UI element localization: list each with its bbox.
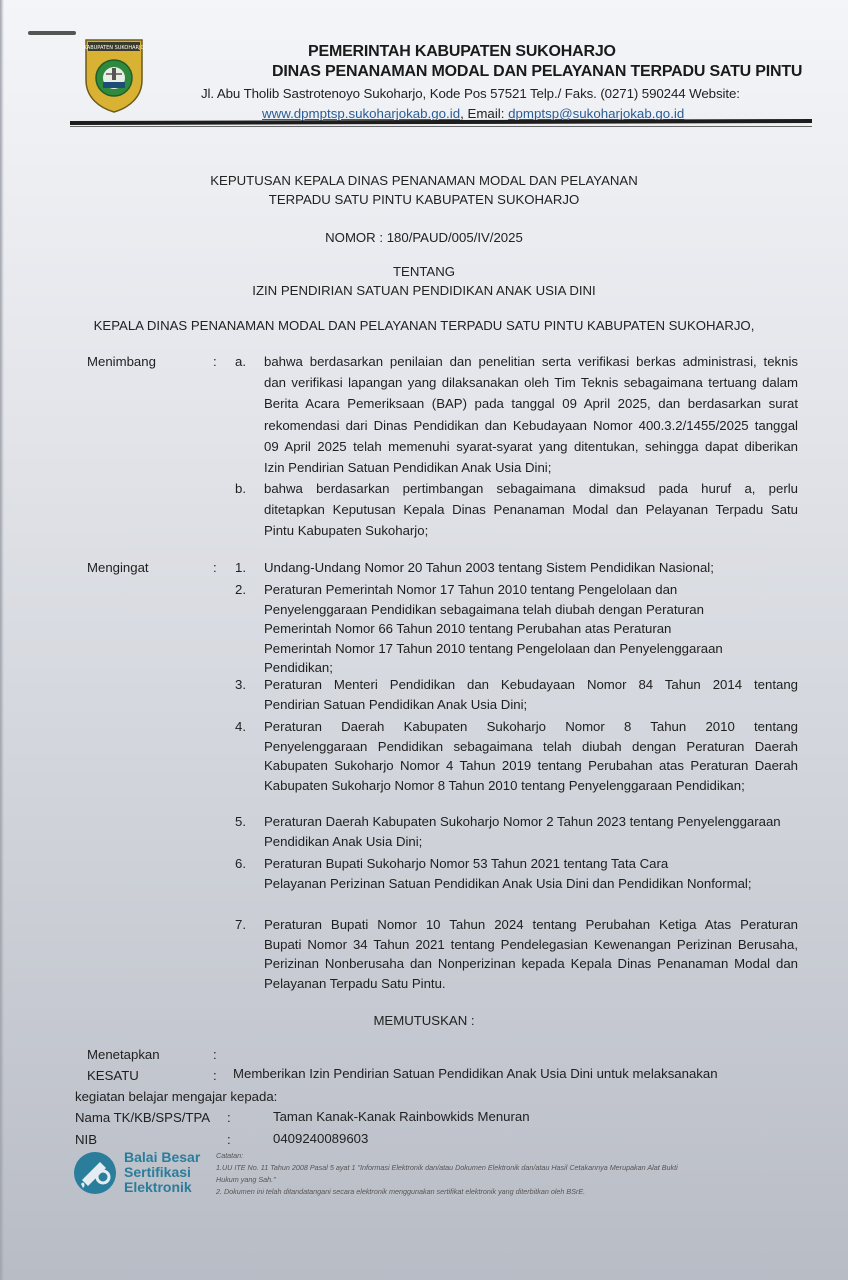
- decree-subject: IZIN PENDIRIAN SATUAN PENDIDIKAN ANAK US…: [0, 283, 848, 298]
- list-item-line: ditetapkan Keputusan Kepala Dinas Penana…: [264, 500, 798, 520]
- svg-text:KABUPATEN SUKOHARJO: KABUPATEN SUKOHARJO: [84, 45, 145, 51]
- menetapkan-colon: :: [213, 1045, 217, 1065]
- list-item-line: Pendirian Satuan Pendidikan Anak Usia Di…: [264, 695, 798, 715]
- list-item-line: 09 April 2025 telah memenuhi syarat-syar…: [264, 437, 798, 457]
- list-item-line: rekomendasi dari Dinas Pendidikan dan Ke…: [264, 416, 798, 436]
- list-item-marker: 3.: [235, 675, 246, 695]
- bsre-line1: Balai Besar: [124, 1150, 200, 1165]
- decree-title-line1: KEPUTUSAN KEPALA DINAS PENANAMAN MODAL D…: [0, 173, 848, 188]
- list-item-line: bahwa berdasarkan penilaian dan peneliti…: [264, 352, 798, 372]
- bsre-logo-icon: [72, 1150, 118, 1196]
- school-name-colon: :: [227, 1108, 231, 1128]
- school-name-label: Nama TK/KB/SPS/TPA: [75, 1108, 210, 1128]
- email-label: , Email:: [460, 106, 508, 121]
- letterhead-divider: [70, 119, 812, 125]
- menimbang-label: Menimbang: [87, 352, 156, 372]
- list-item-line: Kabupaten Sukoharjo Nomor 4 Tahun 2019 t…: [264, 756, 798, 776]
- decree-title-line2: TERPADU SATU PINTU KABUPATEN SUKOHARJO: [0, 192, 848, 207]
- nib-colon: :: [227, 1130, 231, 1150]
- letterhead-divider-thin: [70, 126, 812, 127]
- list-item-line: Peraturan Menteri Pendidikan dan Kebuday…: [264, 675, 798, 695]
- kesatu-label: KESATU: [87, 1066, 139, 1086]
- list-item-line: Perizinan Nonberusaha dan Nonperizinan k…: [264, 954, 798, 974]
- regency-emblem-icon: KABUPATEN SUKOHARJO: [82, 36, 146, 114]
- mengingat-colon: :: [213, 558, 217, 578]
- note-2: 2. Dokumen ini telah ditandatangani seca…: [216, 1186, 585, 1197]
- document-page: KABUPATEN SUKOHARJO PEMERINTAH KABUPATEN…: [0, 0, 848, 1280]
- list-item-line: Berita Acara Pemeriksaan (BAP) pada tang…: [264, 394, 798, 414]
- menimbang-colon: :: [213, 352, 217, 372]
- menetapkan-label: Menetapkan: [87, 1045, 160, 1065]
- decision-heading: MEMUTUSKAN :: [0, 1013, 848, 1028]
- list-item-line: Pendidikan Anak Usia Dini;: [264, 832, 798, 852]
- list-item-marker: a.: [235, 352, 246, 372]
- list-item-marker: 4.: [235, 717, 246, 737]
- school-name-value: Taman Kanak-Kanak Rainbowkids Menuran: [273, 1107, 530, 1127]
- list-item-line: Penyelenggaraan Pendidikan sebagaimana t…: [264, 600, 798, 620]
- list-item-line: Penyelenggaraan Pendidikan sebagaimana t…: [264, 737, 798, 757]
- list-item-marker: 1.: [235, 558, 246, 578]
- bsre-line3: Elektronik: [124, 1180, 200, 1195]
- list-item-line: dan verifikasi lapangan yang dilaksanaka…: [264, 373, 798, 393]
- list-item-marker: 7.: [235, 915, 246, 935]
- list-item-marker: 2.: [235, 580, 246, 600]
- bsre-wordmark: Balai Besar Sertifikasi Elektronik: [124, 1150, 200, 1195]
- list-item-line: Pelayanan Terpadu Satu Pintu.: [264, 974, 798, 994]
- notes-title: Catatan:: [216, 1150, 243, 1161]
- decree-number: NOMOR : 180/PAUD/005/IV/2025: [0, 230, 848, 245]
- staple-mark: [28, 31, 76, 35]
- nib-label: NIB: [75, 1130, 97, 1150]
- list-item-line: Pemerintah Nomor 17 Tahun 2010 tentang P…: [264, 639, 798, 659]
- bsre-line2: Sertifikasi: [124, 1165, 200, 1180]
- about-heading: TENTANG: [0, 264, 848, 279]
- list-item-line: Pintu Kabupaten Sukoharjo;: [264, 521, 798, 541]
- list-item-marker: 6.: [235, 854, 246, 874]
- list-item-line: Bupati Nomor 34 Tahun 2021 tentang Pende…: [264, 935, 798, 955]
- letterhead-agency: DINAS PENANAMAN MODAL DAN PELAYANAN TERP…: [272, 63, 802, 81]
- letterhead-address: Jl. Abu Tholib Sastrotenoyo Sukoharjo, K…: [201, 86, 740, 101]
- list-item-line: Peraturan Bupati Sukoharjo Nomor 53 Tahu…: [264, 854, 798, 874]
- note-1: 1.UU ITE No. 11 Tahun 2008 Pasal 5 ayat …: [216, 1162, 678, 1173]
- mengingat-label: Mengingat: [87, 558, 149, 578]
- list-item-line: Kabupaten Sukoharjo Nomor 8 Tahun 2010 t…: [264, 776, 798, 796]
- list-item-line: Izin Pendirian Satuan Pendidikan Anak Us…: [264, 458, 798, 478]
- kesatu-colon: :: [213, 1066, 217, 1086]
- kesatu-continuation: kegiatan belajar mengajar kepada:: [75, 1087, 277, 1107]
- list-item-line: Peraturan Daerah Kabupaten Sukoharjo Nom…: [264, 717, 798, 737]
- list-item-line: Undang-Undang Nomor 20 Tahun 2003 tentan…: [264, 558, 798, 578]
- nib-value: 0409240089603: [273, 1129, 368, 1149]
- note-1-cont: Hukum yang Sah.": [216, 1174, 276, 1185]
- kesatu-text: Memberikan Izin Pendirian Satuan Pendidi…: [233, 1064, 718, 1084]
- letterhead-government: PEMERINTAH KABUPATEN SUKOHARJO: [308, 43, 616, 61]
- list-item-line: Pemerintah Nomor 66 Tahun 2010 tentang P…: [264, 619, 798, 639]
- list-item-marker: 5.: [235, 812, 246, 832]
- decree-issuer: KEPALA DINAS PENANAMAN MODAL DAN PELAYAN…: [0, 318, 848, 333]
- list-item-line: Pelayanan Perizinan Satuan Pendidikan An…: [264, 874, 798, 894]
- list-item-line: Peraturan Pemerintah Nomor 17 Tahun 2010…: [264, 580, 798, 600]
- list-item-line: bahwa berdasarkan pertimbangan sebagaima…: [264, 479, 798, 499]
- list-item-marker: b.: [235, 479, 246, 499]
- website-link[interactable]: www.dpmptsp.sukoharjokab.go.id: [262, 106, 460, 121]
- list-item-line: Peraturan Daerah Kabupaten Sukoharjo Nom…: [264, 812, 798, 832]
- list-item-line: Peraturan Bupati Nomor 10 Tahun 2024 ten…: [264, 915, 798, 935]
